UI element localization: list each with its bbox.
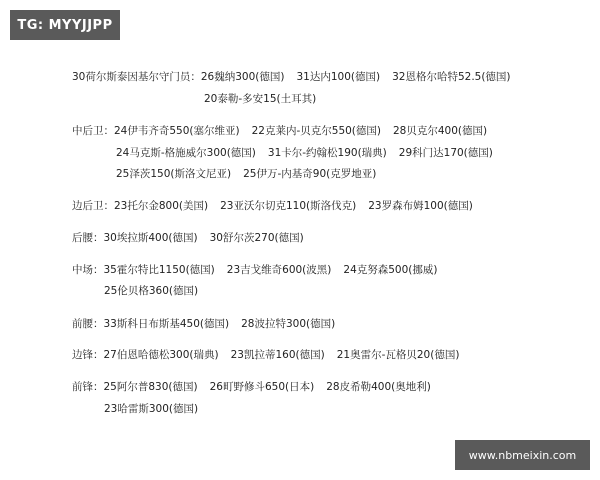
player-entry: 26魏纳300(德国) <box>201 71 285 83</box>
player-entry: 24克努森500(挪威) <box>343 264 437 276</box>
winger-line-1: 边锋：27伯恩哈德松300(瑞典)23凯拉蒂160(德国)21奥雷尔-瓦格贝20… <box>72 348 459 362</box>
player-entry: 24伊韦齐奇550(塞尔维亚) <box>114 125 240 137</box>
center-back-line-1: 中后卫：24伊韦齐奇550(塞尔维亚)22克莱内-贝克尔550(德国)28贝克尔… <box>72 124 487 138</box>
player-entry: 22克莱内-贝克尔550(德国) <box>252 125 381 137</box>
position-label: 前腰： <box>72 318 104 330</box>
position-label: 边锋： <box>72 349 104 361</box>
position-label: 后腰： <box>72 232 104 244</box>
player-entry: 24马克斯-格施威尔300(德国) <box>116 147 256 159</box>
center-back-line-2: 24马克斯-格施威尔300(德国)31卡尔-约翰松190(瑞典)29科门达170… <box>116 146 493 160</box>
player-entry: 33斯科日布斯基450(德国) <box>104 318 230 330</box>
position-label: 30荷尔斯泰因基尔守门员： <box>72 71 201 83</box>
player-entry: 28贝克尔400(德国) <box>393 125 487 137</box>
player-entry: 23罗森布姆100(德国) <box>368 200 473 212</box>
goalkeeper-line-2: 20泰勒-多安15(土耳其) <box>204 92 316 106</box>
center-back-line-3: 25泽茨150(斯洛文尼亚)25伊万-内基奇90(克罗地亚) <box>116 167 376 181</box>
player-entry: 20泰勒-多安15(土耳其) <box>204 93 316 105</box>
player-entry: 26町野修斗650(日本) <box>210 381 315 393</box>
player-entry: 21奥雷尔-瓦格贝20(德国) <box>337 349 460 361</box>
player-entry: 30舒尔茨270(德国) <box>210 232 304 244</box>
player-entry: 23托尔金800(美国) <box>114 200 208 212</box>
player-entry: 23亚沃尔切克110(斯洛伐克) <box>220 200 356 212</box>
watermark-bottom-right: www.nbmeixin.com <box>455 440 590 470</box>
full-back-line-1: 边后卫：23托尔金800(美国)23亚沃尔切克110(斯洛伐克)23罗森布姆10… <box>72 199 473 213</box>
roster-document: 30荷尔斯泰因基尔守门员：26魏纳300(德国)31达内100(德国)32恩格尔… <box>0 0 600 480</box>
player-entry: 30埃拉斯400(德国) <box>104 232 198 244</box>
attacking-mid-line-1: 前腰：33斯科日布斯基450(德国)28波拉特300(德国) <box>72 317 335 331</box>
player-entry: 25阿尔普830(德国) <box>104 381 198 393</box>
player-entry: 28皮希勒400(奥地利) <box>326 381 431 393</box>
position-label: 中场： <box>72 264 104 276</box>
player-entry: 27伯恩哈德松300(瑞典) <box>104 349 219 361</box>
midfield-line-1: 中场：35霍尔特比1150(德国)23吉戈维奇600(波黑)24克努森500(挪… <box>72 263 438 277</box>
player-entry: 31达内100(德国) <box>296 71 380 83</box>
player-entry: 23哈雷斯300(德国) <box>104 403 198 415</box>
goalkeeper-line-1: 30荷尔斯泰因基尔守门员：26魏纳300(德国)31达内100(德国)32恩格尔… <box>72 70 511 84</box>
player-entry: 23吉戈维奇600(波黑) <box>227 264 332 276</box>
player-entry: 32恩格尔哈特52.5(德国) <box>392 71 510 83</box>
position-label: 边后卫： <box>72 200 114 212</box>
player-entry: 25伊万-内基奇90(克罗地亚) <box>243 168 376 180</box>
player-entry: 35霍尔特比1150(德国) <box>104 264 215 276</box>
defensive-mid-line-1: 后腰：30埃拉斯400(德国)30舒尔茨270(德国) <box>72 231 304 245</box>
player-entry: 25泽茨150(斯洛文尼亚) <box>116 168 231 180</box>
forward-line-2: 23哈雷斯300(德国) <box>104 402 198 416</box>
midfield-line-2: 25伦贝格360(德国) <box>104 284 198 298</box>
position-label: 中后卫： <box>72 125 114 137</box>
player-entry: 29科门达170(德国) <box>399 147 493 159</box>
forward-line-1: 前锋：25阿尔普830(德国)26町野修斗650(日本)28皮希勒400(奥地利… <box>72 380 431 394</box>
position-label: 前锋： <box>72 381 104 393</box>
player-entry: 25伦贝格360(德国) <box>104 285 198 297</box>
player-entry: 23凯拉蒂160(德国) <box>231 349 325 361</box>
player-entry: 28波拉特300(德国) <box>241 318 335 330</box>
player-entry: 31卡尔-约翰松190(瑞典) <box>268 147 387 159</box>
